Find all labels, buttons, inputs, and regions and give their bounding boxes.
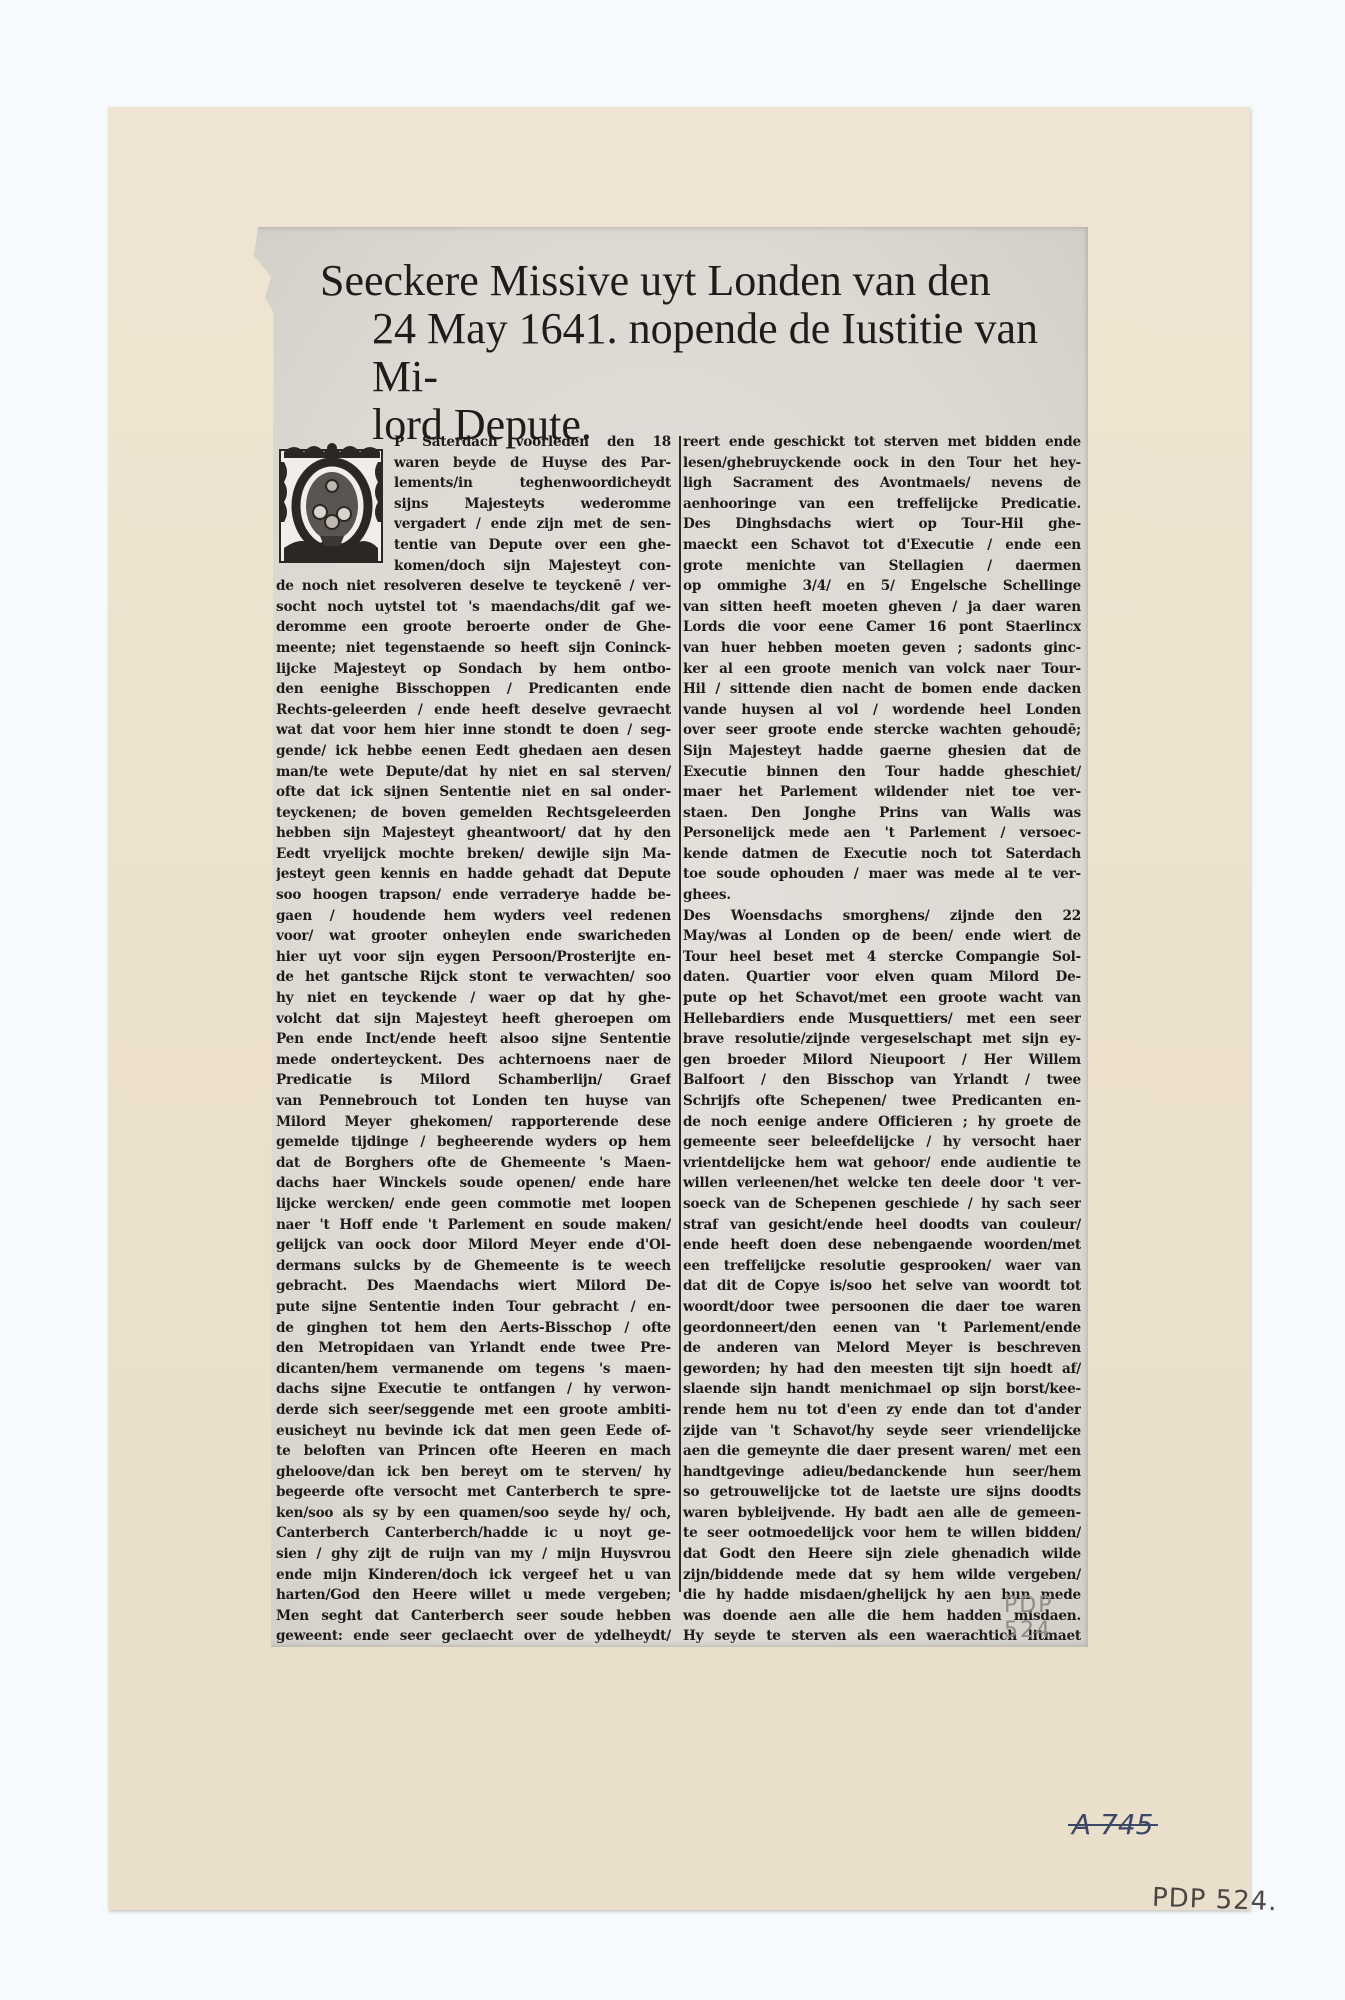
- text-line: aenhooringe van een treffelijcke Predica…: [683, 494, 1081, 515]
- text-line: teyckenen; de boven gemelden Rechtsgelee…: [276, 803, 671, 824]
- struck-inventory-number: A 745: [1072, 1808, 1154, 1841]
- text-line: de ginghen tot hem den Aerts-Bisschop / …: [276, 1318, 671, 1339]
- text-line: woordt/door twee persoonen die daer toe …: [683, 1297, 1081, 1318]
- text-line: ligh Sacrament des Avontmaels/ nevens de: [683, 473, 1081, 494]
- text-line: begeerde ofte versocht met Canterberch t…: [276, 1482, 671, 1503]
- text-line: May/was al Londen op de been/ ende wiert…: [683, 926, 1081, 947]
- text-line: maeckt een Schavot tot d'Executie / ende…: [683, 535, 1081, 556]
- text-line: socht noch uytstel tot 's maendachs/dit …: [276, 597, 671, 618]
- text-line: derde sich seer/seggende met een groote …: [276, 1400, 671, 1421]
- text-line: ende heeft doen dese nebengaende woorden…: [683, 1235, 1081, 1256]
- text-line: hier uyt voor sijn eygen Persoon/Proster…: [276, 947, 671, 968]
- text-line: toe soude ophouden / maer was mede al te…: [683, 864, 1081, 885]
- text-line: kende datmen de Executie noch tot Saterd…: [683, 844, 1081, 865]
- text-line: vergadert / ende zijn met de sen-: [276, 514, 671, 535]
- text-line: gemelde tijdinge / begheerende wyders op…: [276, 1132, 671, 1153]
- text-line: so getrouwelijcke tot de laetste ure sij…: [683, 1482, 1081, 1503]
- text-line: Des Dinghsdachs wiert op Tour-Hil ghe-: [683, 514, 1081, 535]
- text-line: gaen / houdende hem wyders veel redenen: [276, 906, 671, 927]
- text-line: Des Woensdachs smorghens/ zijnde den 22: [683, 906, 1081, 927]
- text-line: Lords die voor eene Camer 16 pont Staerl…: [683, 617, 1081, 638]
- text-line: ker al een groote menich van volck naer …: [683, 659, 1081, 680]
- text-line: Executie binnen den Tour hadde gheschiet…: [683, 762, 1081, 783]
- title-line-1: Seeckere Missive uyt Londen van den: [320, 257, 1100, 305]
- text-line: brave resolutie/zijnde vergeselschapt me…: [683, 1029, 1081, 1050]
- text-line: Hil / sittende dien nacht de bomen ende …: [683, 679, 1081, 700]
- text-line: staen. Den Jonghe Prins van Walis was: [683, 803, 1081, 824]
- text-line: geworden; hy had den meesten tijt sijn h…: [683, 1359, 1081, 1380]
- text-line: ghees.: [683, 885, 1081, 906]
- text-line: dicanten/hem vermanende om tegens 's mae…: [276, 1359, 671, 1380]
- text-line: gen broeder Milord Nieupoort / Her Wille…: [683, 1050, 1081, 1071]
- text-line: harten/God den Heere willet u mede verge…: [276, 1585, 671, 1606]
- document-title: Seeckere Missive uyt Londen van den 24 M…: [320, 257, 1100, 449]
- text-line: ende mijn Kinderen/doch ick vergeef het …: [276, 1565, 671, 1586]
- text-line: hy niet en teyckende / waer op dat hy gh…: [276, 988, 671, 1009]
- text-line: lijcke wercken/ ende geen commotie met l…: [276, 1194, 671, 1215]
- text-line: Pen ende Inct/ende heeft alsoo sijne Sen…: [276, 1029, 671, 1050]
- strikethrough-line: [1068, 1824, 1158, 1826]
- text-line: dachs sijne Executie te ontfangen / hy v…: [276, 1379, 671, 1400]
- text-line: hebben sijn Majesteyt gheantwoort/ dat h…: [276, 823, 671, 844]
- collection-number: PDP 524.: [1152, 1883, 1279, 1917]
- sheet-pencil-mark: PDP 524: [1004, 1593, 1068, 1643]
- text-line: dermans sulcks by de Ghemeente is te wee…: [276, 1256, 671, 1277]
- text-line: gende/ ick hebbe eenen Eedt ghedaen aen …: [276, 741, 671, 762]
- text-line: sien / ghy zijt de ruijn van my / mijn H…: [276, 1544, 671, 1565]
- text-line: lements/in teghenwoordicheydt: [276, 473, 671, 494]
- printed-sheet: Seeckere Missive uyt Londen van den 24 M…: [228, 227, 1088, 1647]
- text-line: slaende sijn handt menichmael op sijn bo…: [683, 1379, 1081, 1400]
- text-line: Sijn Majesteyt hadde gaerne ghesien dat …: [683, 741, 1081, 762]
- text-line: komen/doch sijn Majesteyt con-: [276, 556, 671, 577]
- text-line: P Saterdach voorleden den 18: [276, 432, 671, 453]
- text-line: waren beyde de Huyse des Par-: [276, 453, 671, 474]
- text-line: straf van gesicht/ende heel doodts van c…: [683, 1215, 1081, 1236]
- text-columns: P Saterdach voorleden den 18waren beyde …: [276, 432, 1068, 1607]
- text-line: op ommighe 3/4/ en 5/ Engelsche Schellin…: [683, 576, 1081, 597]
- text-line: wat dat voor hem hier inne stondt te doe…: [276, 720, 671, 741]
- text-line: soeck van de Schepenen geschiede / hy sa…: [683, 1194, 1081, 1215]
- text-line: geweent: ende seer geclaecht over de yde…: [276, 1626, 671, 1647]
- text-line: voor/ wat grooter onheylen ende swariche…: [276, 926, 671, 947]
- text-line: Schrijfs ofte Schepenen/ twee Predicante…: [683, 1091, 1081, 1112]
- text-line: tentie van Depute over een ghe-: [276, 535, 671, 556]
- text-line: van Pennebrouch tot Londen ten huyse van: [276, 1091, 671, 1112]
- text-line: te beloften van Princen ofte Heeren en m…: [276, 1441, 671, 1462]
- text-line: eusicheyt nu bevinde ick dat men geen Ee…: [276, 1421, 671, 1442]
- text-line: pute op het Schavot/met een groote wacht…: [683, 988, 1081, 1009]
- text-line: ken/soo als sy by een quamen/soo seyde h…: [276, 1503, 671, 1524]
- text-line: soo hoogen trapson/ ende verraderye hadd…: [276, 885, 671, 906]
- text-line: Predicatie is Milord Schamberlijn/ Graef: [276, 1070, 671, 1091]
- text-line: handtgevinge adieu/bedanckende hun seer/…: [683, 1462, 1081, 1483]
- text-line: lesen/ghebruyckende oock in den Tour het…: [683, 453, 1081, 474]
- text-line: pute sijne Sententie inden Tour gebracht…: [276, 1297, 671, 1318]
- text-line: Rechts-geleerden / ende heeft deselve ge…: [276, 700, 671, 721]
- text-line: te seer ootmoedelijck voor hem te willen…: [683, 1523, 1081, 1544]
- text-line: de anderen van Melord Meyer is beschreve…: [683, 1338, 1081, 1359]
- text-line: deromme een groote beroerte onder de Ghe…: [276, 617, 671, 638]
- text-line: aen die gemeynte die daer present waren/…: [683, 1441, 1081, 1462]
- text-line: meente; niet tegenstaende so heeft sijn …: [276, 638, 671, 659]
- text-line: gemeente seer beleefdelijcke / hy versoc…: [683, 1132, 1081, 1153]
- text-line: Tour heel beset met 4 stercke Compangie …: [683, 947, 1081, 968]
- text-line: daten. Quartier voor elven quam Milord D…: [683, 967, 1081, 988]
- text-line: ofte dat ick sijnen Sententie niet en sa…: [276, 782, 671, 803]
- right-column: reert ende geschickt tot sterven met bid…: [683, 432, 1081, 1688]
- text-line: van sitten heeft moeten gheven / ja daer…: [683, 597, 1081, 618]
- text-line: sijns Majesteyts wederomme: [276, 494, 671, 515]
- text-line: gebracht. Des Maendachs wiert Milord De-: [276, 1276, 671, 1297]
- column-divider: [679, 436, 681, 1592]
- text-line: Men seght dat Canterberch seer soude heb…: [276, 1606, 671, 1627]
- text-line: zijde van 't Schavot/hy seyde seer vrien…: [683, 1421, 1081, 1442]
- text-line: zijn/biddende mede dat sy hem wilde verg…: [683, 1565, 1081, 1586]
- text-line: maer het Parlement wildender niet toe ve…: [683, 782, 1081, 803]
- text-line: den Metropidaen van Yrlandt ende twee Pr…: [276, 1338, 671, 1359]
- text-line: reert ende geschickt tot sterven met bid…: [683, 432, 1081, 453]
- text-line: geordonneert/den eenen van 't Parlement/…: [683, 1318, 1081, 1339]
- text-line: gheloove/dan ick ben bereyt om te sterve…: [276, 1462, 671, 1483]
- text-line: grote menichte van Stellagien / daermen: [683, 556, 1081, 577]
- text-line: dat Godt den Heere sijn ziele ghenadich …: [683, 1544, 1081, 1565]
- text-line: vande huysen al vol / wordende heel Lond…: [683, 700, 1081, 721]
- text-line: van huer hebben moeten geven ; sadonts g…: [683, 638, 1081, 659]
- text-line: dachs haer Winckels soude openen/ ende h…: [276, 1173, 671, 1194]
- text-line: naer 't Hoff ende 't Parlement en soude …: [276, 1215, 671, 1236]
- text-line: willen verleenen/het welcke ten deele do…: [683, 1173, 1081, 1194]
- text-line: lijcke Majesteyt op Sondach by hem ontbo…: [276, 659, 671, 680]
- left-column: P Saterdach voorleden den 18waren beyde …: [276, 432, 671, 1688]
- text-line: over seer groote ende stercke wachten ge…: [683, 720, 1081, 741]
- text-line: de het gantsche Rijck stont te verwachte…: [276, 967, 671, 988]
- sheet-content: Seeckere Missive uyt Londen van den 24 M…: [276, 227, 1068, 1647]
- text-line: Balfoort / den Bisschop van Yrlandt / tw…: [683, 1070, 1081, 1091]
- text-line: mede onderteyckent. Des achternoens naer…: [276, 1050, 671, 1071]
- text-line: Eedt vryelijck mochte breken/ dewijle si…: [276, 844, 671, 865]
- text-line: Hellebardiers ende Musquettiers/ met een…: [683, 1009, 1081, 1030]
- text-line: gelijck van oock door Milord Meyer ende …: [276, 1235, 671, 1256]
- text-line: den eenighe Bisschoppen / Predicanten en…: [276, 679, 671, 700]
- text-line: jesteyt geen kennis en hadde gehadt dat …: [276, 864, 671, 885]
- text-line: de noch niet resolveren deselve te teyck…: [276, 576, 671, 597]
- text-line: dat de Borghers ofte de Ghemeente 's Mae…: [276, 1153, 671, 1174]
- text-line: volcht dat sijn Majesteyt heeft gheroepe…: [276, 1009, 671, 1030]
- text-line: rende hem nu tot d'een zy ende dan tot d…: [683, 1400, 1081, 1421]
- title-line-2: 24 May 1641. nopende de Iustitie van Mi-: [320, 305, 1100, 401]
- text-line: dat dit de Copye is/soo het selve van wo…: [683, 1276, 1081, 1297]
- text-line: de noch eenige andere Officieren ; hy gr…: [683, 1112, 1081, 1133]
- text-line: Milord Meyer ghekomen/ rapporterende des…: [276, 1112, 671, 1133]
- text-line: een treffelijcke resolutie gesprooken/ w…: [683, 1256, 1081, 1277]
- text-line: waren bybleijvende. Hy badt aen alle de …: [683, 1503, 1081, 1524]
- text-line: man/te wete Depute/dat hy niet en sal st…: [276, 762, 671, 783]
- text-line: vrientdelijcke hem wat gehoor/ ende audi…: [683, 1153, 1081, 1174]
- text-line: Personelijck mede aen 't Parlement / ver…: [683, 823, 1081, 844]
- text-line: Canterberch Canterberch/hadde ic u noyt …: [276, 1523, 671, 1544]
